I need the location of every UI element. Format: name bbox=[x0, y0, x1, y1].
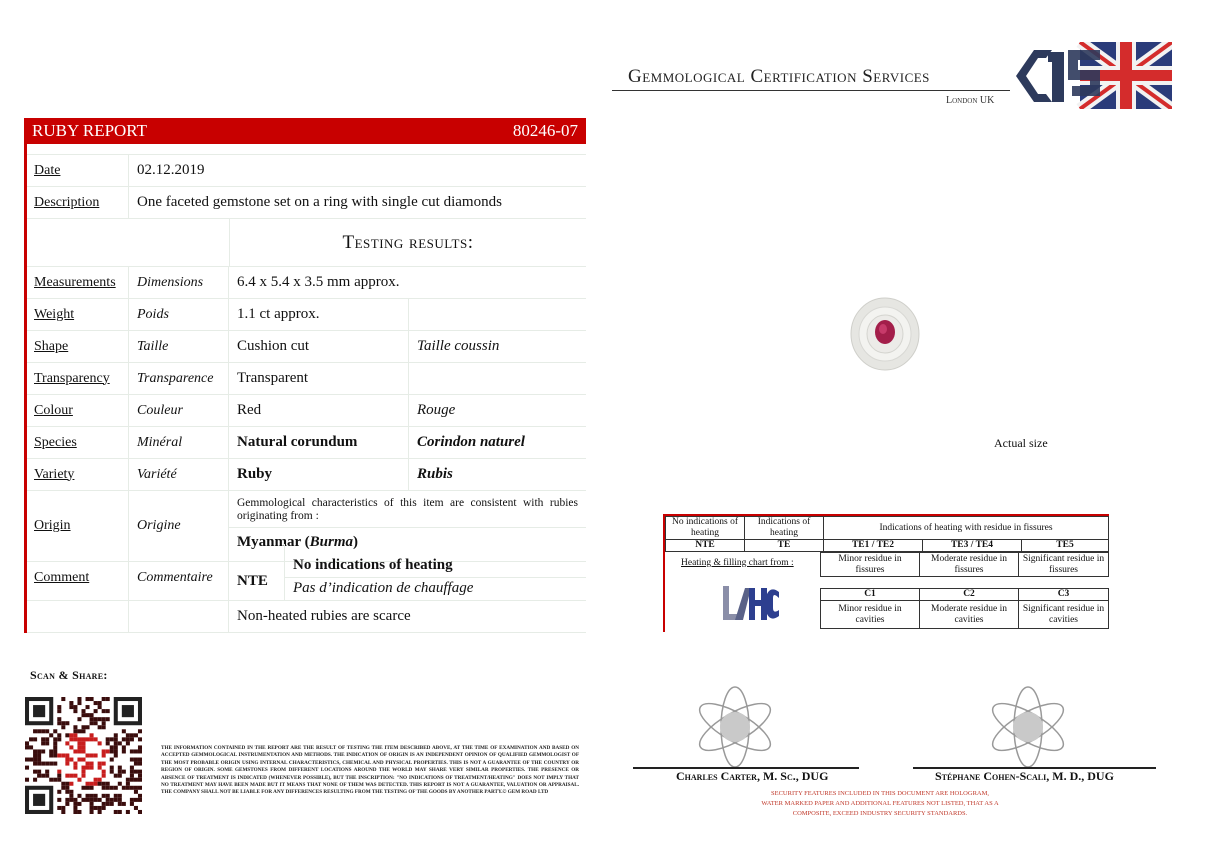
comment-label-fr: Commentaire bbox=[129, 544, 229, 600]
fissure-significant: Significant residue in fissures bbox=[1019, 553, 1109, 577]
spec-label: Colour bbox=[34, 403, 73, 419]
comment-label: Comment bbox=[34, 570, 89, 586]
spec-row: ColourCouleurRedRouge bbox=[27, 395, 586, 427]
spec-value-fr: Corindon naturel bbox=[409, 427, 586, 458]
ruby-ring-photo bbox=[848, 296, 922, 372]
fissure-moderate: Moderate residue in fissures bbox=[920, 553, 1019, 577]
spec-row: VarietyVariétéRubyRubis bbox=[27, 459, 586, 491]
testing-results-heading: Testing results: bbox=[230, 232, 586, 254]
chart-source-label: Heating & filling chart from : bbox=[681, 558, 794, 568]
spec-label: Species bbox=[34, 435, 77, 451]
spec-label-fr: Transparence bbox=[129, 363, 229, 394]
spec-row: SpeciesMinéralNatural corundumCorindon n… bbox=[27, 427, 586, 459]
spec-label-fr: Poids bbox=[129, 299, 229, 330]
comment-code: NTE bbox=[229, 544, 285, 600]
report-title: RUBY REPORT bbox=[32, 121, 147, 141]
spec-value: Transparent bbox=[229, 363, 409, 394]
spec-label-fr: Taille bbox=[129, 331, 229, 362]
fissure-minor: Minor residue in fissures bbox=[821, 553, 920, 577]
comment-row: Comment Commentaire NTE No indications o… bbox=[27, 544, 586, 601]
cavity-significant: Significant residue in cavities bbox=[1019, 601, 1109, 629]
description-row: Description One faceted gemstone set on … bbox=[27, 187, 586, 219]
spec-label: Shape bbox=[34, 339, 68, 355]
code-c3: C3 bbox=[1019, 589, 1109, 601]
heating-chart: No indications of heating Indications of… bbox=[663, 514, 1109, 632]
heading-nte: No indications of heating bbox=[666, 517, 745, 540]
spec-label: Weight bbox=[34, 307, 74, 323]
code-te3-te4: TE3 / TE4 bbox=[923, 540, 1022, 552]
cavities-table: C1 C2 C3 Minor residue in cavities Moder… bbox=[820, 588, 1109, 629]
signatory-name: Stéphane Cohen-Scali, M. D., DUG bbox=[935, 769, 1114, 784]
spec-label-fr: Dimensions bbox=[129, 267, 229, 298]
signatory-name: Charles Carter, M. Sc., DUG bbox=[676, 769, 828, 784]
spec-value: Cushion cut bbox=[229, 331, 409, 362]
report-number: 80246-07 bbox=[513, 121, 578, 141]
spec-label: Variety bbox=[34, 467, 74, 483]
heading-residue: Indications of heating with residue in f… bbox=[824, 517, 1109, 540]
spec-value-fr: Rubis bbox=[409, 459, 586, 490]
spec-value: 6.4 x 5.4 x 3.5 mm approx. bbox=[229, 267, 586, 298]
spec-label-fr: Variété bbox=[129, 459, 229, 490]
comment-text: No indications of heating bbox=[285, 557, 586, 578]
spec-row: MeasurementsDimensions6.4 x 5.4 x 3.5 mm… bbox=[27, 267, 586, 299]
qr-code-icon[interactable] bbox=[25, 697, 142, 814]
company-name: Gemmological Certification Services bbox=[628, 66, 930, 88]
spec-value-fr: Rouge bbox=[409, 395, 586, 426]
ruby-report: RUBY REPORT 80246-07 Date 02.12.2019 Des… bbox=[24, 118, 586, 633]
spec-value: Ruby bbox=[229, 459, 409, 490]
actual-size-caption: Actual size bbox=[994, 436, 1048, 451]
cavity-minor: Minor residue in cavities bbox=[821, 601, 920, 629]
spec-label-fr: Couleur bbox=[129, 395, 229, 426]
code-te5: TE5 bbox=[1022, 540, 1109, 552]
code-te1-te2: TE1 / TE2 bbox=[824, 540, 923, 552]
hologram-seal-icon bbox=[985, 684, 1071, 770]
spec-value: Red bbox=[229, 395, 409, 426]
spec-row: ShapeTailleCushion cutTaille coussin bbox=[27, 331, 586, 363]
spec-label: Transparency bbox=[34, 371, 110, 387]
header-divider bbox=[612, 90, 1010, 91]
date-label: Date bbox=[34, 163, 60, 179]
gcs-logo-icon bbox=[1012, 42, 1172, 109]
heading-te: Indications of heating bbox=[745, 517, 824, 540]
code-c1: C1 bbox=[821, 589, 920, 601]
spec-value: 1.1 ct approx. bbox=[229, 299, 409, 330]
origin-note: Gemmological characteristics of this ite… bbox=[229, 491, 586, 528]
spec-label: Measurements bbox=[34, 275, 116, 291]
spec-row: WeightPoids1.1 ct approx. bbox=[27, 299, 586, 331]
lahc-logo-icon bbox=[721, 584, 781, 624]
spec-label-fr: Minéral bbox=[129, 427, 229, 458]
origin-label: Origin bbox=[34, 518, 71, 534]
cavity-moderate: Moderate residue in cavities bbox=[920, 601, 1019, 629]
hologram-seal-icon bbox=[692, 684, 778, 770]
comment-note: Non-heated rubies are scarce bbox=[229, 601, 586, 632]
comment-text-fr: Pas d’indication de chauffage bbox=[285, 578, 586, 600]
spec-value-fr: Taille coussin bbox=[409, 331, 586, 362]
company-location: London UK bbox=[946, 95, 994, 106]
date-value: 02.12.2019 bbox=[129, 155, 586, 186]
security-note: Security features included in this docum… bbox=[760, 789, 1000, 819]
spec-value-fr bbox=[409, 363, 586, 394]
disclaimer-text: The information contained in the report … bbox=[161, 745, 579, 797]
code-te: TE bbox=[745, 540, 824, 552]
description-label: Description bbox=[34, 195, 99, 211]
spec-row: TransparencyTransparenceTransparent bbox=[27, 363, 586, 395]
code-c2: C2 bbox=[920, 589, 1019, 601]
spec-value: Natural corundum bbox=[229, 427, 409, 458]
date-row: Date 02.12.2019 bbox=[27, 155, 586, 187]
fissures-table: Minor residue in fissures Moderate resid… bbox=[820, 552, 1109, 577]
heating-chart-header-table: No indications of heating Indications of… bbox=[665, 516, 1109, 552]
code-nte: NTE bbox=[666, 540, 745, 552]
description-value: One faceted gemstone set on a ring with … bbox=[129, 187, 586, 218]
comment-note-row: Non-heated rubies are scarce bbox=[27, 601, 586, 633]
spec-value-fr bbox=[409, 299, 586, 330]
report-title-bar: RUBY REPORT 80246-07 bbox=[24, 118, 586, 144]
scan-share-title: Scan & Share: bbox=[30, 668, 108, 683]
